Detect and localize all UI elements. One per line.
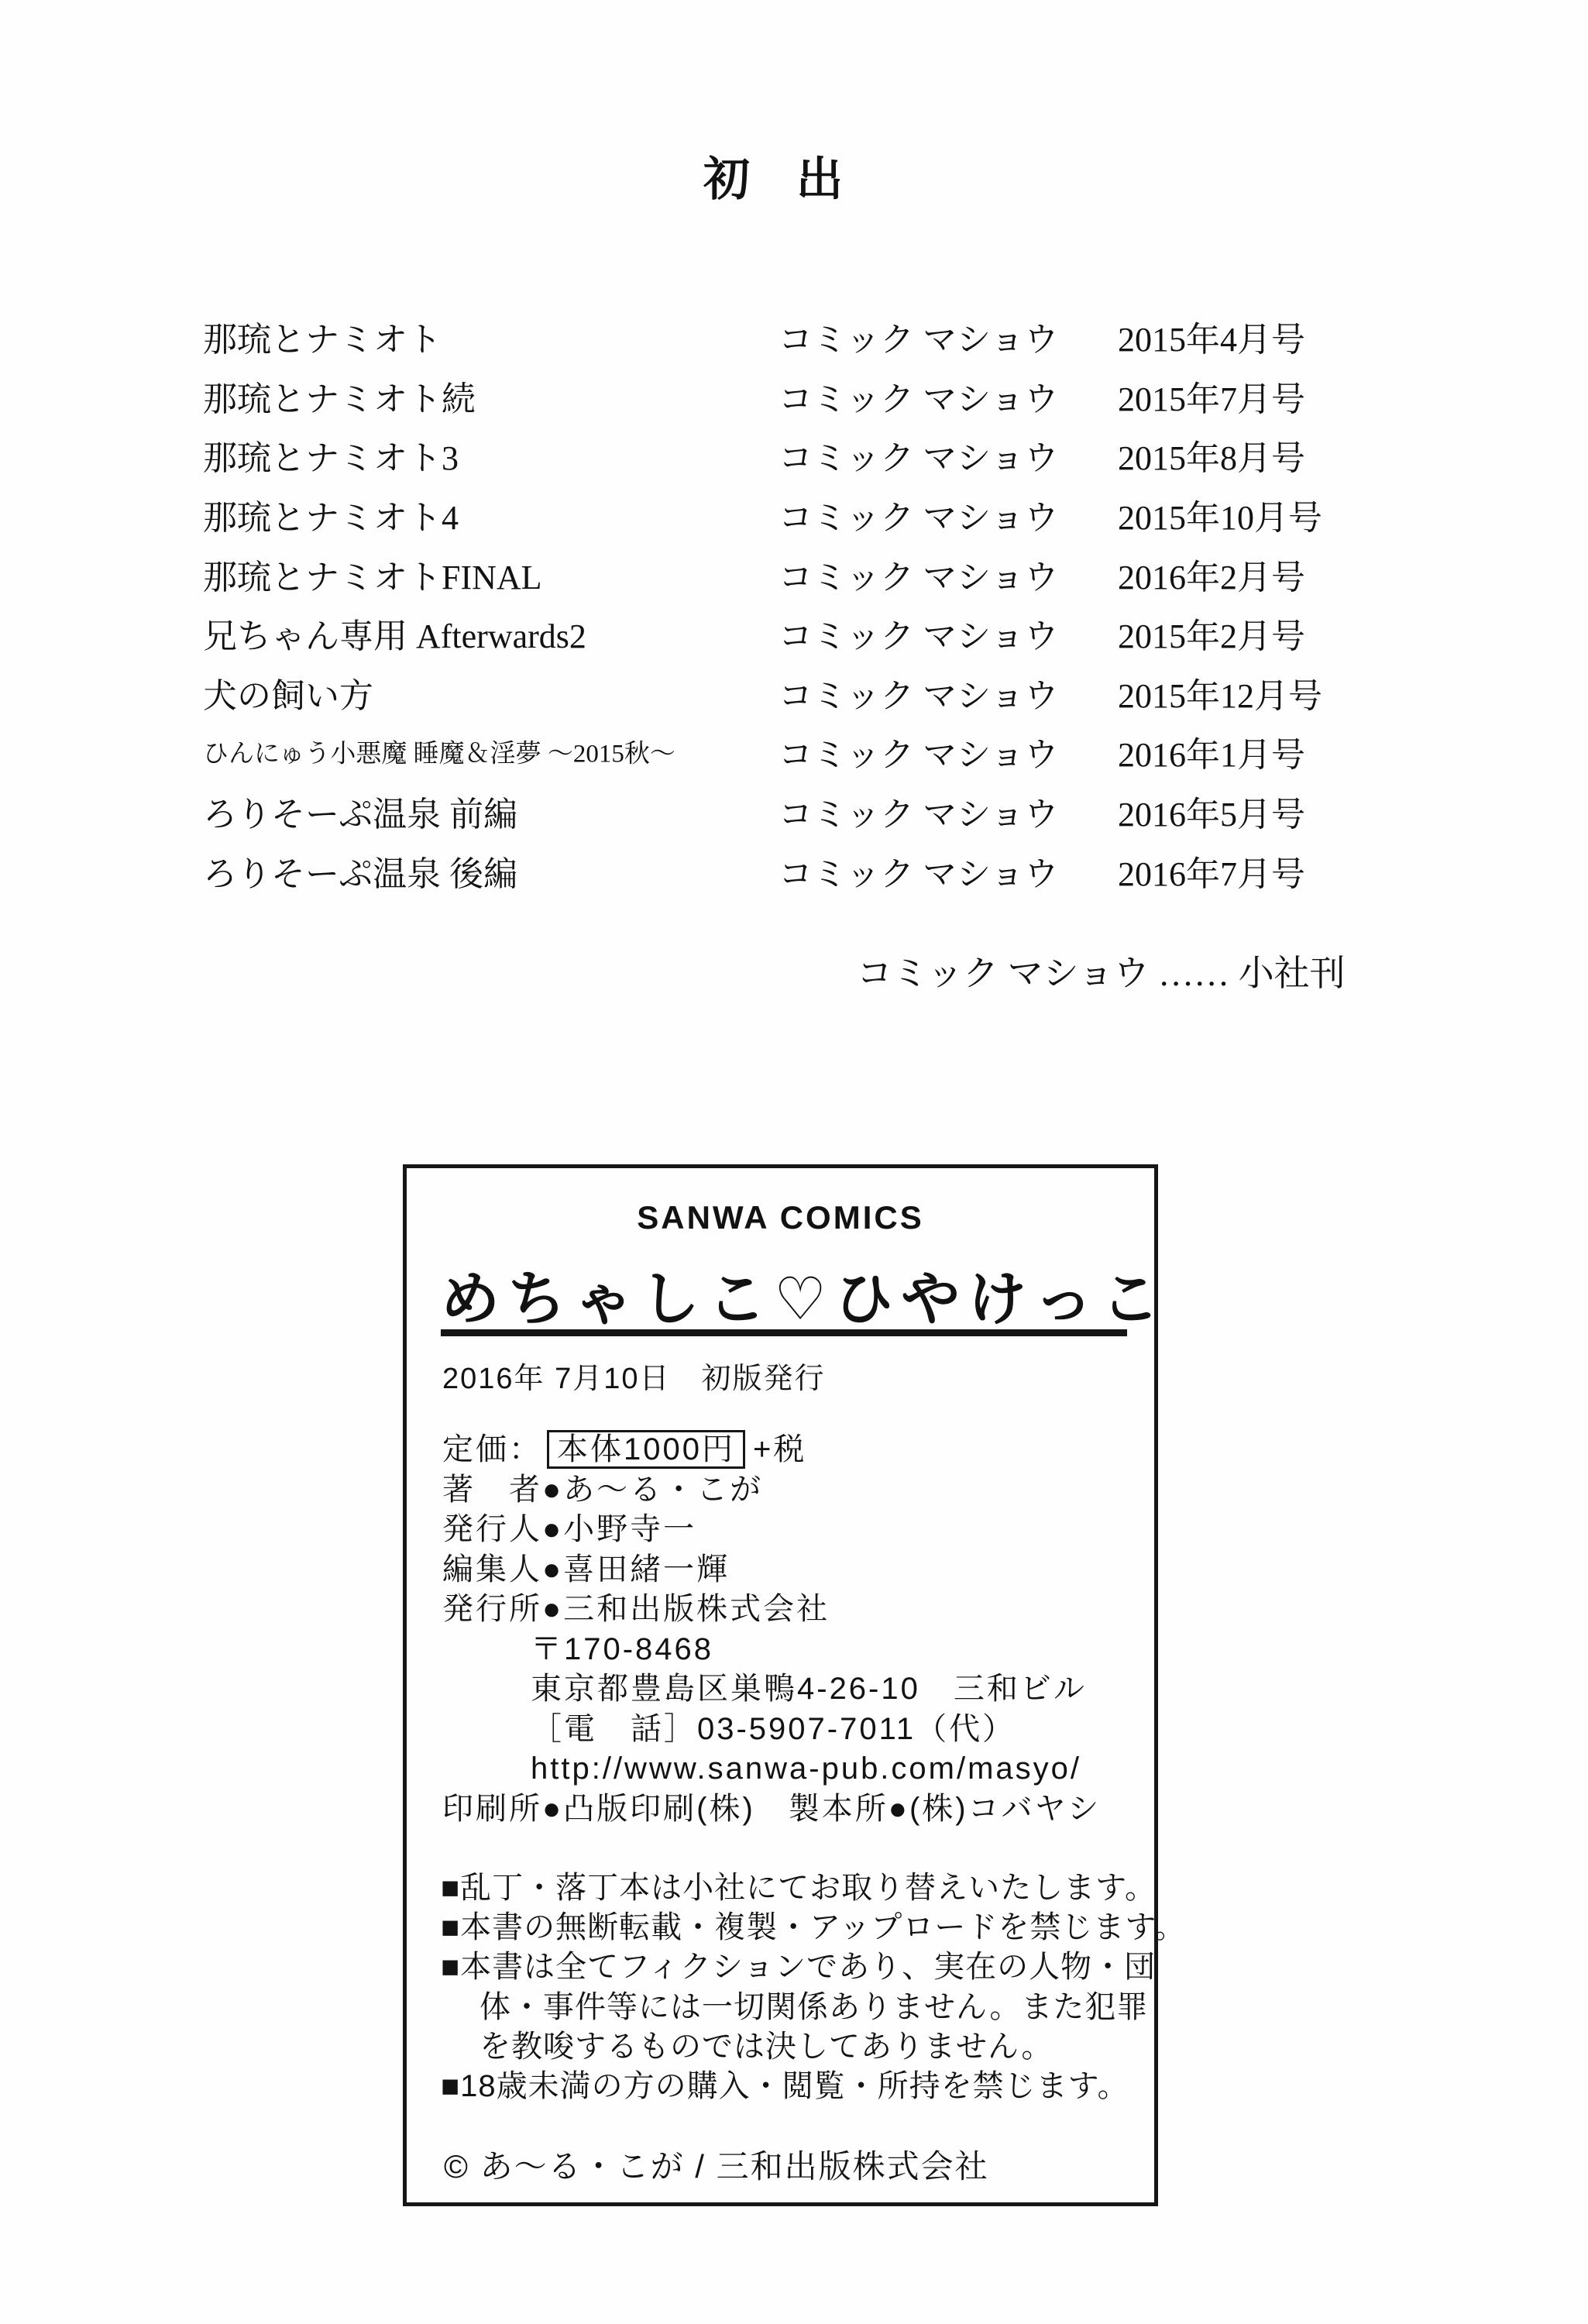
postal-code: 〒170-8468 xyxy=(407,1630,1154,1670)
book-title: めちゃしこ♡ひやけっこ xyxy=(441,1252,1167,1336)
title-underline xyxy=(441,1329,1127,1336)
work-title: ろりそーぷ温泉 前編 xyxy=(203,786,517,836)
website-url: http://www.sanwa-pub.com/masyo/ xyxy=(407,1749,1154,1789)
work-title: 那琉とナミオト4 xyxy=(203,490,459,539)
work-row: ひんにゅう小悪魔 睡魔＆淫夢 ～2015秋～ コミック マショウ 2016年1月… xyxy=(203,722,1473,782)
notice-line: ■18歳未満の方の購入・閲覧・所持を禁じます。 xyxy=(407,2067,1154,2106)
magazine-name: コミック マショウ xyxy=(779,727,1058,776)
work-title: 犬の飼い方 xyxy=(203,668,373,717)
work-row: 那琉とナミオト続 コミック マショウ 2015年7月号 xyxy=(203,366,1473,426)
credit-author: 著 者●あ～る・こが xyxy=(407,1470,1154,1511)
first-publication-list: 那琉とナミオト コミック マショウ 2015年4月号 那琉とナミオト続 コミック… xyxy=(203,307,1473,900)
price-value: 本体1000円 xyxy=(547,1430,745,1469)
price-label: 定価： xyxy=(442,1432,542,1466)
issue-date: 2015年2月号 xyxy=(1118,608,1305,658)
notice-line-continuation: 体・事件等には一切関係ありません。また犯罪 xyxy=(407,1988,1154,2027)
work-row: 犬の飼い方 コミック マショウ 2015年12月号 xyxy=(203,663,1473,723)
work-title: ひんにゅう小悪魔 睡魔＆淫夢 ～2015秋～ xyxy=(203,734,675,770)
work-title: 那琉とナミオト3 xyxy=(203,430,459,480)
issue-date: 2015年12月号 xyxy=(1118,668,1322,717)
work-row: 那琉とナミオトFINAL コミック マショウ 2016年2月号 xyxy=(203,544,1473,603)
series-label: SANWA COMICS xyxy=(407,1199,1154,1236)
work-row: 兄ちゃん専用 Afterwards2 コミック マショウ 2015年2月号 xyxy=(203,603,1473,663)
issue-date: 2015年4月号 xyxy=(1118,311,1305,361)
copyright-line: © あ～る・こが / 三和出版株式会社 xyxy=(444,2141,989,2188)
publication-info: 定価：本体1000円+税 著 者●あ～る・こが 発行人●小野寺一 編集人●喜田緒… xyxy=(407,1430,1154,1829)
credit-publisher: 発行所●三和出版株式会社 xyxy=(407,1590,1154,1630)
work-title: 那琉とナミオトFINAL xyxy=(203,549,542,599)
notice-line: ■乱丁・落丁本は小社にてお取り替えいたします。 xyxy=(407,1868,1154,1908)
phone-number: ［電 話］03-5907-7011（代） xyxy=(407,1710,1154,1750)
notice-line: ■本書は全てフィクションであり、実在の人物・団 xyxy=(407,1948,1154,1987)
price-tax: +税 xyxy=(753,1432,806,1466)
colophon-box: SANWA COMICS めちゃしこ♡ひやけっこ 2016年 7月10日 初版発… xyxy=(403,1164,1158,2206)
magazine-name: コミック マショウ xyxy=(779,608,1058,658)
printer-line: 印刷所●凸版印刷(株) 製本所●(株)コバヤシ xyxy=(407,1789,1154,1830)
work-title: 那琉とナミオト続 xyxy=(203,371,476,421)
magazine-name: コミック マショウ xyxy=(779,371,1058,421)
work-row: 那琉とナミオト コミック マショウ 2015年4月号 xyxy=(203,307,1473,366)
source-note: コミック マショウ …… 小社刊 xyxy=(857,945,1346,996)
magazine-name: コミック マショウ xyxy=(779,311,1058,361)
notice-line: ■本書の無断転載・複製・アップロードを禁じます。 xyxy=(407,1908,1154,1948)
credit-publisher-person: 発行人●小野寺一 xyxy=(407,1510,1154,1550)
work-row: ろりそーぷ温泉 後編 コミック マショウ 2016年7月号 xyxy=(203,841,1473,900)
magazine-name: コミック マショウ xyxy=(779,430,1058,480)
issue-date: 2016年2月号 xyxy=(1118,549,1305,599)
section-heading: 初 出 xyxy=(0,143,1546,209)
legal-notices: ■乱丁・落丁本は小社にてお取り替えいたします。 ■本書の無断転載・複製・アップロ… xyxy=(407,1868,1154,2106)
work-title: 兄ちゃん専用 Afterwards2 xyxy=(203,608,586,658)
edition-date: 2016年 7月10日 初版発行 xyxy=(442,1354,826,1397)
issue-date: 2015年7月号 xyxy=(1118,371,1305,421)
issue-date: 2015年8月号 xyxy=(1118,430,1305,480)
credit-editor: 編集人●喜田緒一輝 xyxy=(407,1550,1154,1590)
price-line: 定価：本体1000円+税 xyxy=(407,1430,1154,1470)
magazine-name: コミック マショウ xyxy=(779,668,1058,717)
issue-date: 2015年10月号 xyxy=(1118,490,1322,539)
colophon-page: 初 出 那琉とナミオト コミック マショウ 2015年4月号 那琉とナミオト続 … xyxy=(0,0,1588,2324)
work-row: 那琉とナミオト3 コミック マショウ 2015年8月号 xyxy=(203,425,1473,485)
magazine-name: コミック マショウ xyxy=(779,786,1058,836)
work-row: 那琉とナミオト4 コミック マショウ 2015年10月号 xyxy=(203,485,1473,545)
issue-date: 2016年5月号 xyxy=(1118,786,1305,836)
issue-date: 2016年7月号 xyxy=(1118,846,1305,896)
work-title: 那琉とナミオト xyxy=(203,311,442,361)
street-address: 東京都豊島区巣鴨4-26-10 三和ビル xyxy=(407,1669,1154,1710)
magazine-name: コミック マショウ xyxy=(779,549,1058,599)
notice-line-continuation: を教唆するものでは決してありません。 xyxy=(407,2027,1154,2067)
issue-date: 2016年1月号 xyxy=(1118,727,1305,776)
magazine-name: コミック マショウ xyxy=(779,490,1058,539)
work-row: ろりそーぷ温泉 前編 コミック マショウ 2016年5月号 xyxy=(203,782,1473,841)
work-title: ろりそーぷ温泉 後編 xyxy=(203,846,517,896)
magazine-name: コミック マショウ xyxy=(779,846,1058,896)
